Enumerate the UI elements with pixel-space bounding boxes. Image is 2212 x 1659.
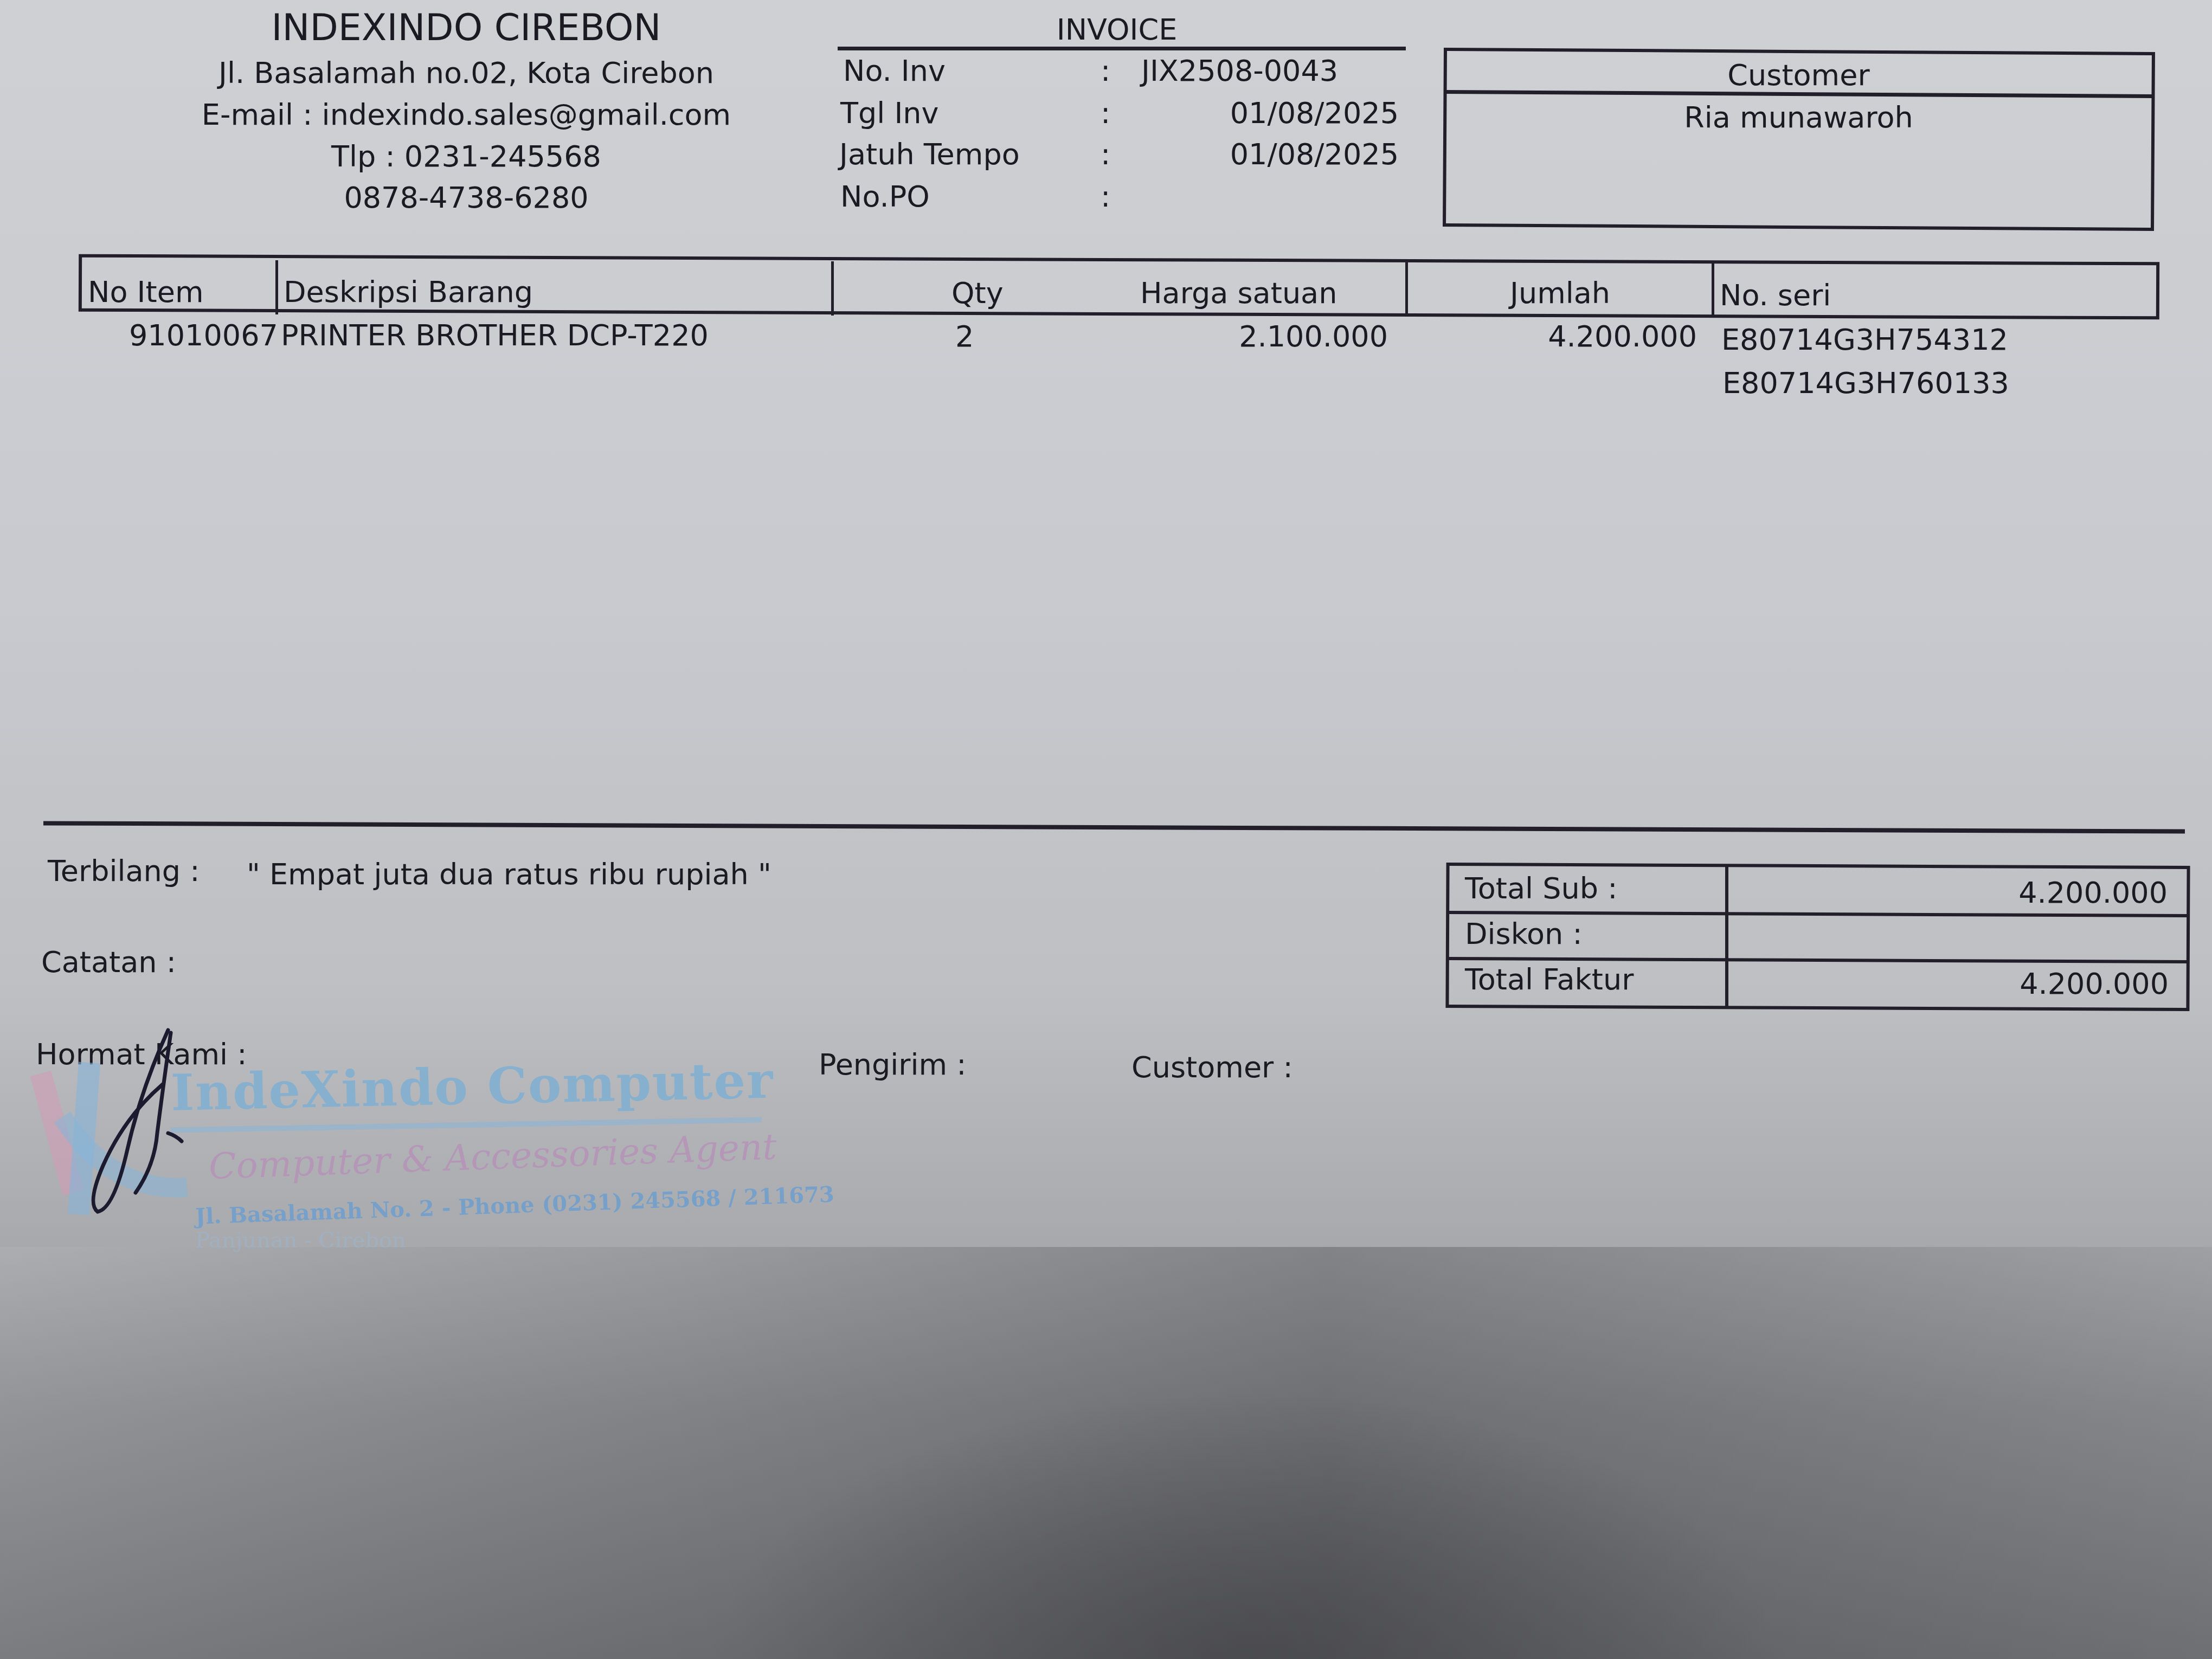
company-phone: Tlp : 0231-245568 — [195, 142, 737, 171]
customer-box-header: Customer — [1445, 61, 2152, 90]
field-label: No.PO — [840, 182, 930, 211]
stamp-address: Jl. Basalamah No. 2 - Phone (0231) 24556… — [195, 1181, 835, 1229]
terbilang-value: " Empat juta dua ratus ribu rupiah " — [247, 860, 771, 889]
field-label: No. Inv — [843, 56, 946, 86]
stamp-subtitle: Computer & Accessories Agent — [208, 1126, 777, 1188]
signature-icon — [76, 1025, 239, 1220]
field-separator: : — [1101, 140, 1110, 169]
col-divider — [1712, 263, 1714, 318]
pengirim-label: Pengirim : — [819, 1050, 967, 1079]
header-description: Deskripsi Barang — [284, 278, 533, 307]
field-value: JIX2508-0043 — [1141, 56, 1338, 86]
total-faktur-value: 4.200.000 — [1898, 969, 2169, 999]
header-amount: Jumlah — [1510, 279, 1610, 308]
field-value: 01/08/2025 — [1182, 99, 1399, 128]
header-no-item: No Item — [88, 278, 204, 307]
total-faktur-label: Total Faktur — [1465, 965, 1634, 994]
field-label: Tgl Inv — [840, 99, 939, 128]
col-divider — [1405, 262, 1408, 317]
col-divider — [831, 261, 834, 316]
cell-unit-price: 2.100.000 — [1193, 322, 1388, 351]
total-sub-value: 4.200.000 — [1898, 878, 2168, 908]
field-value: 01/08/2025 — [1182, 140, 1399, 169]
header-qty: Qty — [951, 279, 1004, 308]
cell-serial-1: E80714G3H754312 — [1721, 325, 2008, 355]
field-separator: : — [1101, 182, 1110, 211]
catatan-label: Catatan : — [41, 948, 176, 977]
field-separator: : — [1101, 99, 1110, 128]
total-sub-label: Total Sub : — [1465, 874, 1617, 903]
invoice-title: INVOICE — [1030, 15, 1204, 44]
cell-qty: 2 — [955, 322, 974, 351]
field-separator: : — [1101, 56, 1110, 86]
invoice-title-rule — [838, 47, 1406, 50]
header-serial: No. seri — [1720, 281, 1831, 310]
cell-description: PRINTER BROTHER DCP-T220 — [281, 321, 709, 350]
company-mobile: 0878-4738-6280 — [195, 183, 737, 213]
cell-serial-2: E80714G3H760133 — [1722, 369, 2009, 398]
diskon-label: Diskon : — [1465, 919, 1583, 949]
col-divider — [275, 260, 278, 314]
photo-shadow — [0, 1247, 2212, 1659]
company-address: Jl. Basalamah no.02, Kota Cirebon — [195, 59, 737, 88]
header-unit-price: Harga satuan — [1140, 279, 1337, 308]
company-email: E-mail : indexindo.sales@gmail.com — [195, 100, 737, 130]
footer-rule — [43, 821, 2185, 833]
cell-amount: 4.200.000 — [1496, 322, 1697, 351]
field-label: Jatuh Tempo — [839, 140, 1020, 169]
totals-col-divider — [1725, 866, 1728, 1008]
cell-no-item: 91010067 — [129, 321, 278, 350]
terbilang-label: Terbilang : — [48, 857, 200, 886]
customer-signature-label: Customer : — [1131, 1053, 1293, 1082]
stamp-title: IndeXindo Computer — [170, 1051, 774, 1122]
customer-name: Ria munawaroh — [1445, 103, 2152, 132]
stamp-city: Panjunan - Cirebon — [195, 1228, 406, 1253]
company-name: INDEXINDO CIREBON — [260, 10, 672, 47]
